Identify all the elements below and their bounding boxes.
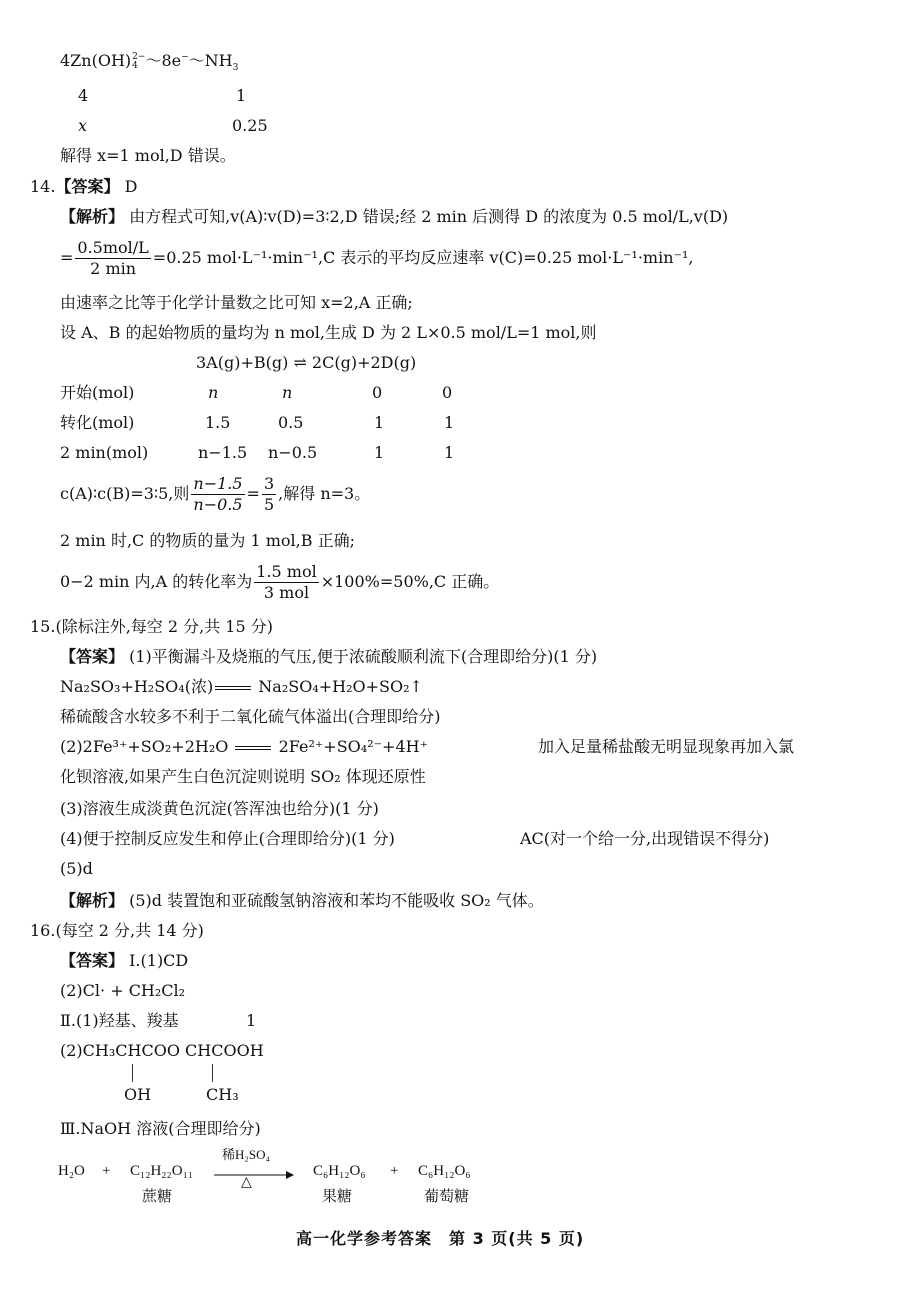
q14-analysis-line1: 【解析】 由方程式可知,v(A)∶v(D)=3∶2,D 错误;经 2 min 后… bbox=[60, 206, 728, 228]
sucrose-label: 蔗糖 bbox=[142, 1186, 172, 1208]
q14-table-cell: 0 bbox=[372, 382, 382, 404]
q14-table-row-label: 转化(mol) bbox=[60, 412, 134, 434]
plus-sign: + bbox=[390, 1160, 398, 1182]
q14-heading: 14.【答案】 D bbox=[30, 176, 137, 198]
eq-right: Na₂SO₄+H₂O+SO₂↑ bbox=[258, 677, 423, 696]
bond-line bbox=[212, 1064, 213, 1082]
plus-sign: + bbox=[102, 1160, 110, 1182]
q14-line4: 设 A、B 的起始物质的量均为 n mol,生成 D 为 2 L×0.5 mol… bbox=[60, 322, 597, 344]
q14-fraction-three-fifths: 35 bbox=[262, 474, 276, 515]
q14-table-cell: 1 bbox=[374, 412, 384, 434]
q15-answer-1: 【答案】 (1)平衡漏斗及烧瓶的气压,便于浓硫酸顺利流下(合理即给分)(1 分) bbox=[60, 646, 597, 668]
q14-conv-prefix: 0−2 min 内,A 的转化率为 bbox=[60, 572, 252, 591]
q13-row2-a: x bbox=[78, 115, 87, 137]
q16-ii2-sub2: CH₃ bbox=[206, 1084, 239, 1106]
q15-number: 15. bbox=[30, 617, 55, 636]
product-glucose: C₆H₁₂O₆ bbox=[418, 1160, 471, 1182]
frac-numerator: 0.5mol/L bbox=[75, 238, 150, 259]
q15-a3: (3)溶液生成淡黄色沉淀(答浑浊也给分)(1 分) bbox=[60, 798, 379, 820]
q14-conv-suffix: ×100%=50%,C 正确。 bbox=[321, 572, 500, 591]
q16-number: 16. bbox=[30, 921, 55, 940]
q16-ii1-b: 1 bbox=[246, 1010, 256, 1032]
q13-row1-a: 4 bbox=[78, 85, 88, 107]
q15-header: (除标注外,每空 2 分,共 15 分) bbox=[55, 617, 273, 636]
q14-fraction-rate: 0.5mol/L2 min bbox=[75, 238, 150, 279]
q14-table-cell: 1 bbox=[374, 442, 384, 464]
q15-a4-b: AC(对一个给一分,出现错误不得分) bbox=[520, 828, 769, 850]
q15-analysis: 【解析】 (5)d 装置饱和亚硫酸氢钠溶液和苯均不能吸收 SO₂ 气体。 bbox=[60, 890, 544, 912]
q16-heading: 16.(每空 2 分,共 14 分) bbox=[30, 920, 204, 942]
q14-table-cell: 1.5 bbox=[205, 412, 230, 434]
q14-ratio-suffix: ,解得 n=3。 bbox=[278, 484, 370, 503]
equals-sign-icon bbox=[213, 683, 253, 693]
q13-row1-b: 1 bbox=[236, 85, 246, 107]
reactant-water: H₂O bbox=[58, 1160, 85, 1182]
q16-i2: (2)Cl· + CH₂Cl₂ bbox=[60, 980, 185, 1002]
q15-equation-2: (2)2Fe³⁺+SO₂+2H₂O 2Fe²⁺+SO₄²⁻+4H⁺ bbox=[60, 736, 428, 758]
q14-ratio-line: c(A)∶c(B)=3∶5,则n−1.5n−0.5=35,解得 n=3。 bbox=[60, 472, 370, 516]
eq-right: 2Fe²⁺+SO₄²⁻+4H⁺ bbox=[279, 737, 428, 756]
q14-table-row-label: 2 min(mol) bbox=[60, 442, 148, 464]
eq-left: Na₂SO₃+H₂SO₄(浓) bbox=[60, 677, 213, 696]
heat-triangle-icon: △ bbox=[241, 1172, 252, 1194]
q15-a2-text2: 化钡溶液,如果产生白色沉淀则说明 SO₂ 体现还原性 bbox=[60, 766, 426, 788]
q14-table-cell: 0.5 bbox=[278, 412, 303, 434]
q14-line1-text: 由方程式可知,v(A)∶v(D)=3∶2,D 错误;经 2 min 后测得 D … bbox=[129, 207, 728, 226]
reaction-arrow-icon bbox=[214, 1168, 294, 1185]
eq-left: (2)2Fe³⁺+SO₂+2H₂O bbox=[60, 737, 228, 756]
q15-a5: (5)d bbox=[60, 858, 93, 880]
q13-conclusion: 解得 x=1 mol,D 错误。 bbox=[60, 145, 236, 167]
q14-answer-tag: 【答案】 bbox=[55, 177, 119, 196]
q16-ii2-formula: (2)CH₃CHCOO CHCOOH bbox=[60, 1040, 264, 1062]
q15-a4: (4)便于控制反应发生和停止(合理即给分)(1 分) bbox=[60, 828, 395, 850]
q15-analysis-text: (5)d 装置饱和亚硫酸氢钠溶液和苯均不能吸收 SO₂ 气体。 bbox=[129, 891, 544, 910]
q14-table-cell: 1 bbox=[444, 412, 454, 434]
q14-number: 14. bbox=[30, 177, 55, 196]
condition-catalyst: 稀H₂SO₄ bbox=[222, 1144, 270, 1166]
q15-answer-tag: 【答案】 bbox=[60, 647, 124, 666]
frac-denominator: n−0.5 bbox=[191, 495, 244, 515]
q14-ratio-prefix: c(A)∶c(B)=3∶5,则 bbox=[60, 484, 189, 503]
equals-sign-icon bbox=[233, 743, 273, 753]
q14-table-cell: n bbox=[282, 382, 292, 404]
q16-answer-i1: 【答案】 Ⅰ.(1)CD bbox=[60, 950, 188, 972]
glucose-label: 葡萄糖 bbox=[424, 1186, 469, 1208]
q15-a1-note: 稀硫酸含水较多不利于二氧化硫气体溢出(合理即给分) bbox=[60, 706, 441, 728]
frac-numerator: n−1.5 bbox=[191, 474, 244, 495]
q13-relation: 4Zn(OH)2−4～8e−～NH3 bbox=[60, 50, 238, 72]
page-footer: 高一化学参考答案 第 3 页(共 5 页) bbox=[296, 1228, 584, 1250]
q16-answer-tag: 【答案】 bbox=[60, 951, 124, 970]
q14-analysis-line2: =0.5mol/L2 min=0.25 mol·L⁻¹·min⁻¹,C 表示的平… bbox=[60, 236, 693, 280]
q14-table-row-label: 开始(mol) bbox=[60, 382, 134, 404]
fructose-label: 果糖 bbox=[322, 1186, 352, 1208]
q14-equation: 3A(g)+B(g) ⇌ 2C(g)+2D(g) bbox=[196, 352, 416, 374]
q16-i1-text: Ⅰ.(1)CD bbox=[129, 951, 188, 970]
q16-ii2-sub1: OH bbox=[124, 1084, 151, 1106]
q14-line2-text: =0.25 mol·L⁻¹·min⁻¹,C 表示的平均反应速率 v(C)=0.2… bbox=[153, 248, 694, 267]
q16-header: (每空 2 分,共 14 分) bbox=[55, 921, 203, 940]
q15-heading: 15.(除标注外,每空 2 分,共 15 分) bbox=[30, 616, 273, 638]
frac-denominator: 2 min bbox=[75, 259, 150, 279]
q16-iii: Ⅲ.NaOH 溶液(合理即给分) bbox=[60, 1118, 261, 1140]
q14-table-cell: n bbox=[208, 382, 218, 404]
q14-line3: 由速率之比等于化学计量数之比可知 x=2,A 正确; bbox=[60, 292, 413, 314]
frac-numerator: 3 bbox=[262, 474, 276, 495]
frac-denominator: 5 bbox=[262, 495, 276, 515]
q14-line-b: 2 min 时,C 的物质的量为 1 mol,B 正确; bbox=[60, 530, 355, 552]
q13-row2-b: 0.25 bbox=[232, 115, 268, 137]
q14-table-cell: n−0.5 bbox=[268, 442, 317, 464]
q15-a2-text1: 加入足量稀盐酸无明显现象再加入氯 bbox=[538, 736, 794, 758]
q14-answer: D bbox=[125, 177, 138, 196]
q14-analysis-tag: 【解析】 bbox=[60, 207, 124, 226]
q14-table-cell: n−1.5 bbox=[198, 442, 247, 464]
frac-numerator: 1.5 mol bbox=[254, 562, 318, 583]
q14-conversion-line: 0−2 min 内,A 的转化率为1.5 mol3 mol×100%=50%,C… bbox=[60, 560, 499, 604]
q14-table-cell: 0 bbox=[442, 382, 452, 404]
reactant-sucrose: C₁₂H₂₂O₁₁ bbox=[130, 1160, 193, 1182]
q14-table-cell: 1 bbox=[444, 442, 454, 464]
q15-equation-1: Na₂SO₃+H₂SO₄(浓) Na₂SO₄+H₂O+SO₂↑ bbox=[60, 676, 423, 698]
bond-line bbox=[132, 1064, 133, 1082]
q16-ii1: Ⅱ.(1)羟基、羧基 bbox=[60, 1010, 179, 1032]
q15-analysis-tag: 【解析】 bbox=[60, 891, 124, 910]
q14-fraction-ratio: n−1.5n−0.5 bbox=[191, 474, 244, 515]
frac-denominator: 3 mol bbox=[254, 583, 318, 603]
product-fructose: C₆H₁₂O₆ bbox=[313, 1160, 366, 1182]
q14-fraction-conversion: 1.5 mol3 mol bbox=[254, 562, 318, 603]
q15-a1-text: (1)平衡漏斗及烧瓶的气压,便于浓硫酸顺利流下(合理即给分)(1 分) bbox=[129, 647, 597, 666]
